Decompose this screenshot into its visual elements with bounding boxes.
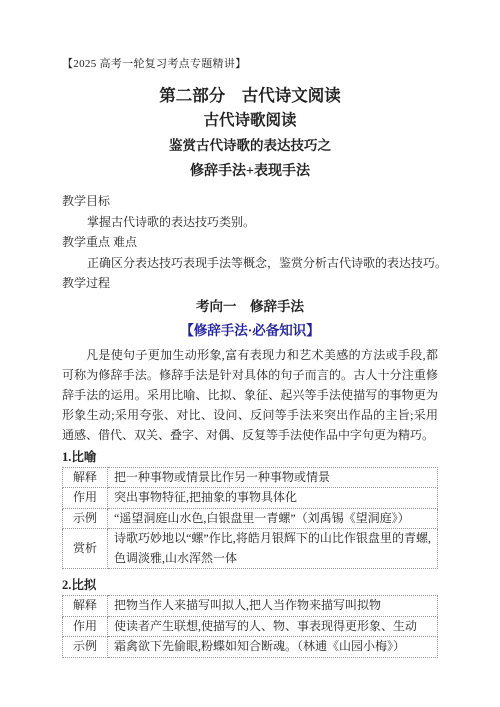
row-content: 使读者产生联想,使描写的人、物、事表现得更形象、生动 — [108, 616, 438, 637]
row-content: 诗歌巧妙地以“螺”作比,将皓月银辉下的山比作银盘里的青螺,色调淡雅,山水浑然一体 — [108, 529, 438, 569]
topic-heading: 考向一 修辞手法 — [62, 296, 438, 317]
row-content: 把物当作人来描写叫拟人,把人当作物来描写叫拟物 — [108, 596, 438, 617]
rhetoric-table-biyu: 解释 把一种事物或情景比作另一种事物或情景 作用 突出事物特征,把抽象的事物具体… — [62, 467, 438, 570]
part-title: 第二部分 古代诗文阅读 — [62, 84, 438, 108]
subtitle-line-2: 修辞手法+表现手法 — [62, 159, 438, 184]
row-label: 解释 — [63, 596, 108, 617]
table-title-bini: 2.比拟 — [62, 578, 438, 593]
row-label: 作用 — [63, 488, 108, 509]
intro-paragraph: 凡是使句子更加生动形象,富有表现力和艺术美感的方法或手段,都可称为修辞手法。修辞… — [62, 345, 438, 445]
row-label: 解释 — [63, 467, 108, 488]
lesson-meta: 教学目标 掌握古代诗歌的表达技巧类别。 教学重点 难点 正确区分表达技巧表现手法… — [62, 191, 438, 294]
row-content: “遥望洞庭山水色,白银盘里一青螺”（刘禹锡《望洞庭》） — [108, 508, 438, 529]
rhetoric-table-bini: 解释 把物当作人来描写叫拟人,把人当作物来描写叫拟物 作用 使读者产生联想,使描… — [62, 595, 438, 658]
objective-text: 掌握古代诗歌的表达技巧类别。 — [62, 212, 438, 233]
table-row: 解释 把一种事物或情景比作另一种事物或情景 — [63, 467, 438, 488]
key-points-text: 正确区分表达技巧表现手法等概念，鉴赏分析古代诗歌的表达技巧。 — [62, 253, 438, 274]
table-row: 示例 霜禽欲下先偷眼,粉蝶如知合断魂。（林逋《山园小梅》） — [63, 637, 438, 658]
row-content: 突出事物特征,把抽象的事物具体化 — [108, 488, 438, 509]
row-label: 赏析 — [63, 529, 108, 569]
objective-label: 教学目标 — [62, 191, 438, 212]
row-label: 作用 — [63, 616, 108, 637]
document-page: 【2025 高考一轮复习考点专题精讲】 第二部分 古代诗文阅读 古代诗歌阅读 鉴… — [0, 0, 500, 658]
row-content: 霜禽欲下先偷眼,粉蝶如知合断魂。（林逋《山园小梅》） — [108, 637, 438, 658]
section-title: 古代诗歌阅读 — [62, 108, 438, 133]
knowledge-heading: 【修辞手法·必备知识】 — [62, 319, 438, 342]
series-tag: 【2025 高考一轮复习考点专题精讲】 — [62, 57, 438, 71]
row-label: 示例 — [63, 637, 108, 658]
table-title-biyu: 1.比喻 — [62, 450, 438, 465]
table-row: 作用 使读者产生联想,使描写的人、物、事表现得更形象、生动 — [63, 616, 438, 637]
table-row: 解释 把物当作人来描写叫拟人,把人当作物来描写叫拟物 — [63, 596, 438, 617]
process-label: 教学过程 — [62, 273, 438, 294]
table-row: 作用 突出事物特征,把抽象的事物具体化 — [63, 488, 438, 509]
row-label: 示例 — [63, 508, 108, 529]
table-row: 示例 “遥望洞庭山水色,白银盘里一青螺”（刘禹锡《望洞庭》） — [63, 508, 438, 529]
table-row: 赏析 诗歌巧妙地以“螺”作比,将皓月银辉下的山比作银盘里的青螺,色调淡雅,山水浑… — [63, 529, 438, 569]
subtitle-line-1: 鉴赏古代诗歌的表达技巧之 — [62, 133, 438, 159]
row-content: 把一种事物或情景比作另一种事物或情景 — [108, 467, 438, 488]
key-points-label: 教学重点 难点 — [62, 232, 438, 253]
